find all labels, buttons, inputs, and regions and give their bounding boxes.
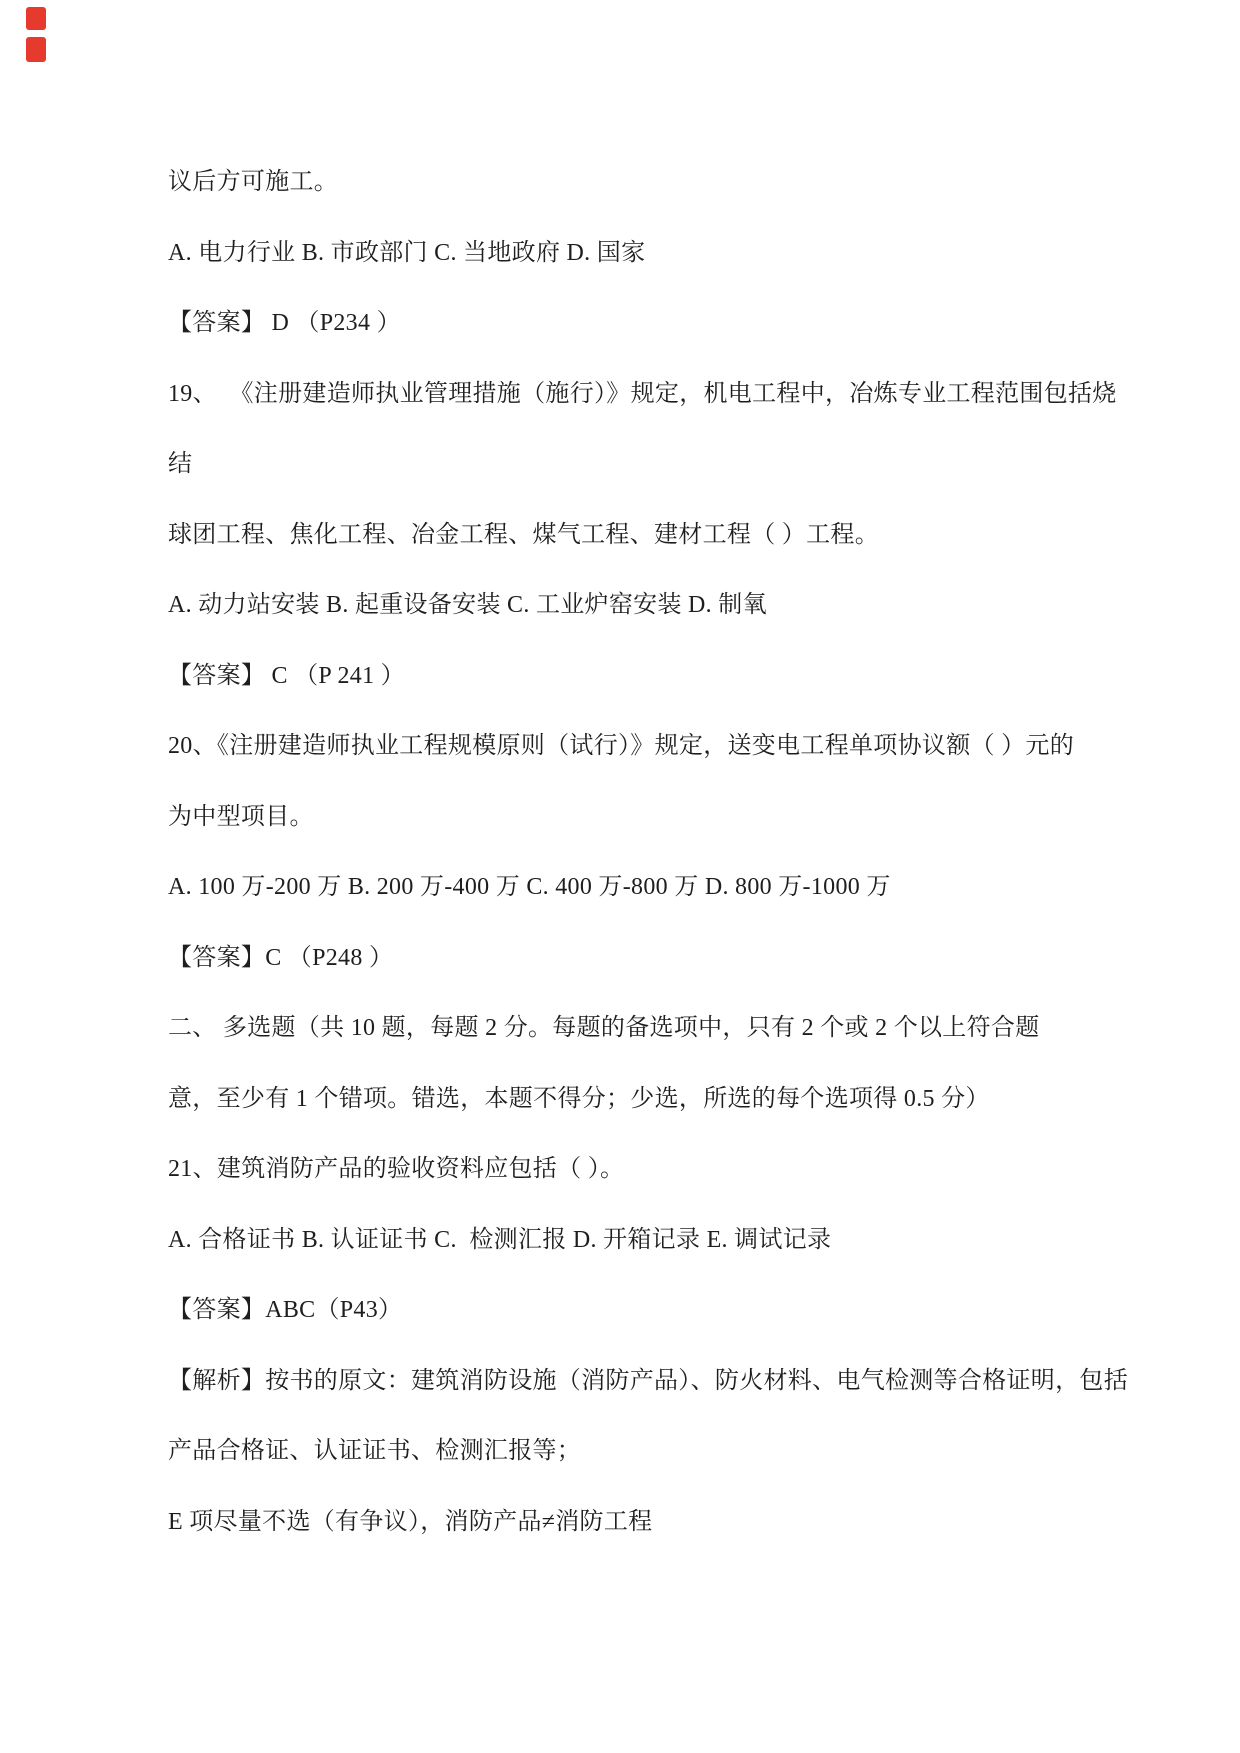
question-21-analysis-note: E 项尽量不选（有争议），消防产品≠消防工程 [168, 1487, 1098, 1558]
question-19-answer: 【答案】 C （P 241 ） [168, 641, 1098, 712]
question-21-text: 21、建筑消防产品的验收资料应包括（ ）。 [168, 1134, 1098, 1205]
question-21-options: A. 合格证书 B. 认证证书 C. 检测汇报 D. 开箱记录 E. 调试记录 [168, 1205, 1098, 1276]
red-stamp-icon [26, 7, 46, 30]
question-21-analysis: 【解析】按书的原文：建筑消防设施（消防产品）、防火材料、电气检测等合格证明，包括 [168, 1346, 1098, 1417]
question-18-options: A. 电力行业 B. 市政部门 C. 当地政府 D. 国家 [168, 218, 1098, 289]
question-20-options: A. 100 万-200 万 B. 200 万-400 万 C. 400 万-8… [168, 852, 1098, 923]
question-19-text-cont2: 球团工程、焦化工程、冶金工程、煤气工程、建材工程（ ）工程。 [168, 500, 1098, 571]
question-18-continuation: 议后方可施工。 [168, 147, 1098, 218]
question-18-answer: 【答案】 D （P234 ） [168, 288, 1098, 359]
section-2-header: 二、 多选题（共 10 题，每题 2 分。每题的备选项中，只有 2 个或 2 个… [168, 993, 1098, 1064]
question-19-text: 19、 《注册建造师执业管理措施（施行）》规定，机电工程中，冶炼专业工程范围包括… [168, 359, 1098, 430]
red-stamp-icon [26, 37, 46, 62]
question-20-text: 20、《注册建造师执业工程规模原则（试行）》规定，送变电工程单项协议额（ ）元的 [168, 711, 1098, 782]
question-20-answer: 【答案】C （P248 ） [168, 923, 1098, 994]
document-body: 议后方可施工。 A. 电力行业 B. 市政部门 C. 当地政府 D. 国家 【答… [168, 147, 1098, 1557]
question-21-analysis-cont: 产品合格证、认证证书、检测汇报等； [168, 1416, 1098, 1487]
question-21-answer: 【答案】ABC（P43） [168, 1275, 1098, 1346]
document-page: 议后方可施工。 A. 电力行业 B. 市政部门 C. 当地政府 D. 国家 【答… [0, 0, 1240, 1753]
section-2-header-cont: 意，至少有 1 个错项。错选，本题不得分；少选，所选的每个选项得 0.5 分） [168, 1064, 1098, 1135]
question-20-text-cont: 为中型项目。 [168, 782, 1098, 853]
question-19-text-cont: 结 [168, 429, 1098, 500]
question-19-options: A. 动力站安装 B. 起重设备安装 C. 工业炉窑安装 D. 制氧 [168, 570, 1098, 641]
